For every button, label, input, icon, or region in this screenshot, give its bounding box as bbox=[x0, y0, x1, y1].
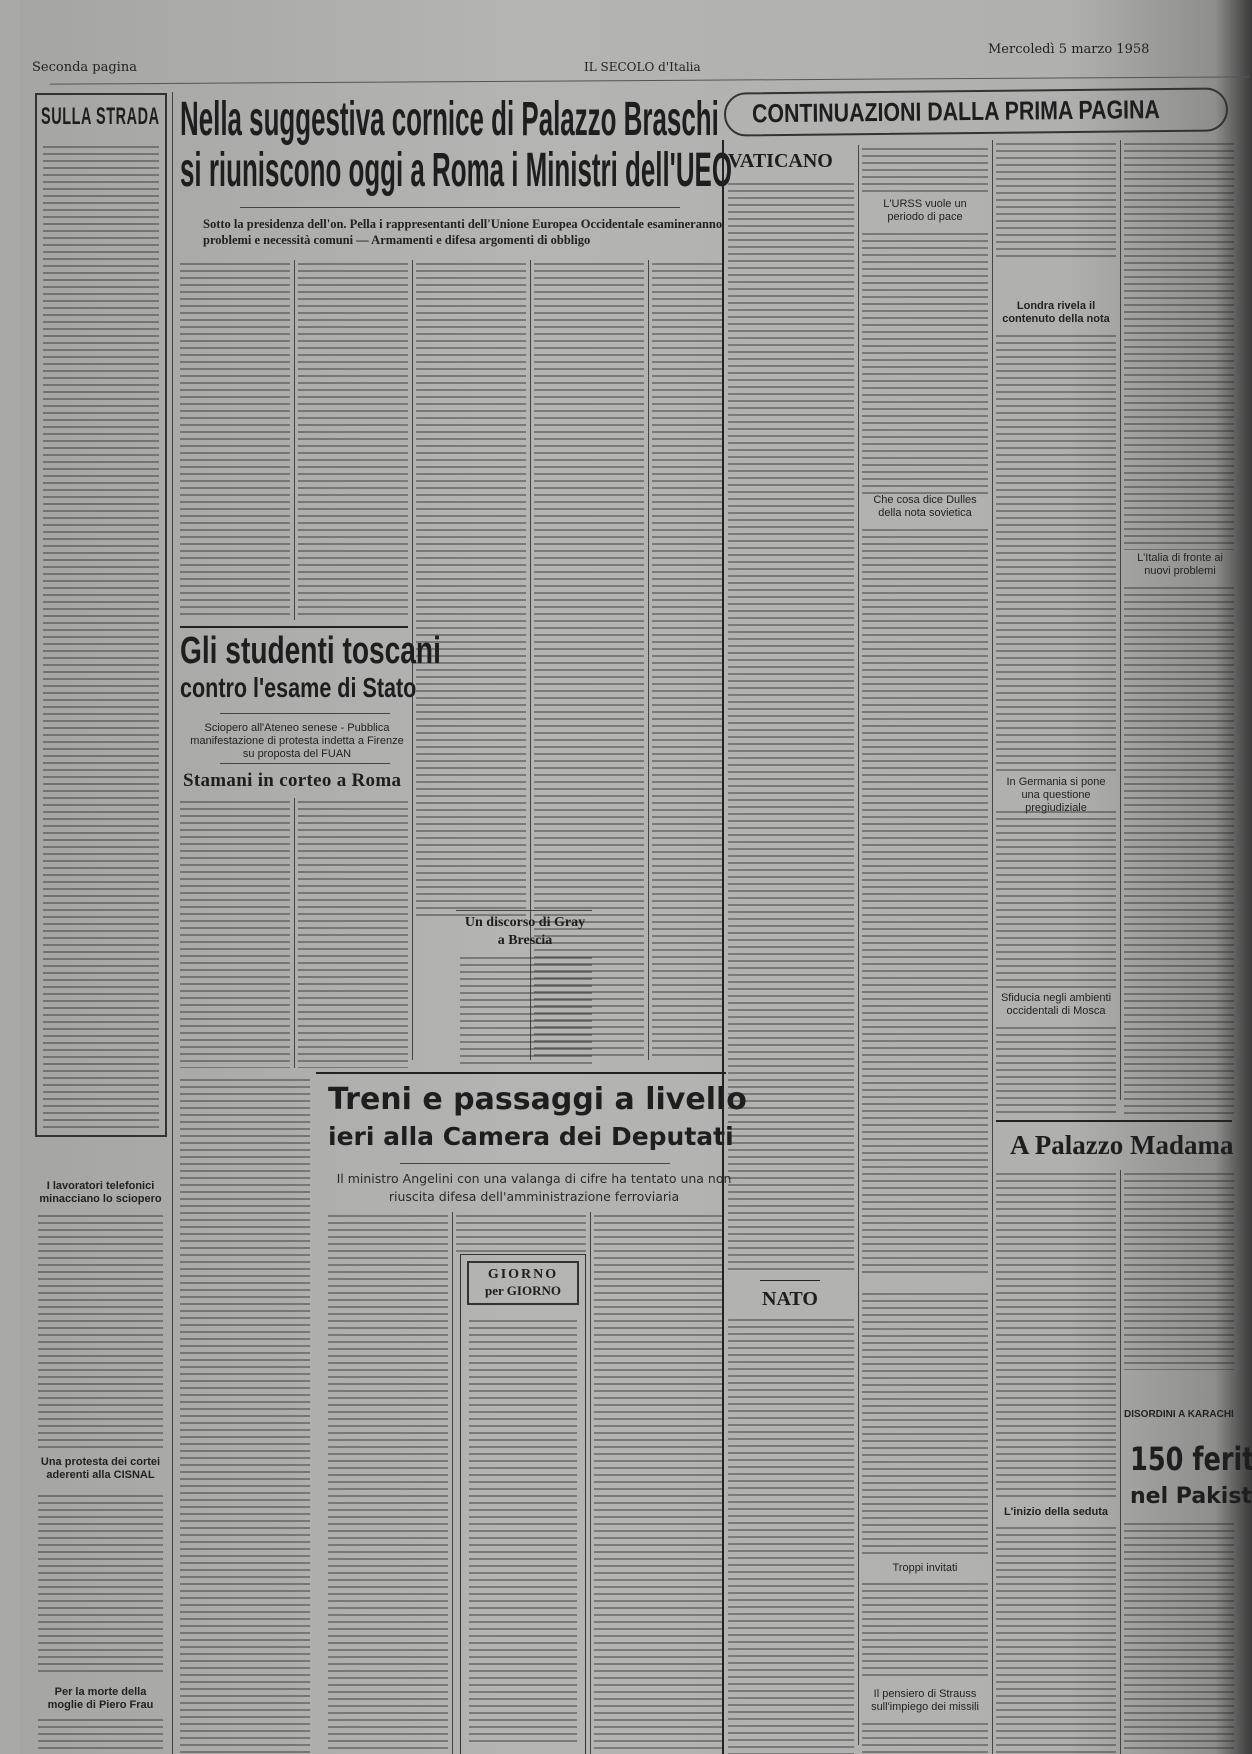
dulles-title: Che cosa dice Dulles della nota sovietic… bbox=[870, 494, 980, 520]
strauss-title: Il pensiero di Strauss sull'impiego dei … bbox=[870, 1688, 980, 1714]
gray-headline: Un discorso di Gray a Brescia bbox=[460, 914, 590, 950]
left-item-body-1 bbox=[38, 1212, 163, 1452]
students-headline-line2: contro l'esame di Stato bbox=[180, 672, 416, 704]
students-section-head: Stamani in corteo a Roma bbox=[183, 770, 401, 792]
left-item-headline-3: Per la morte della moglie di Piero Frau bbox=[38, 1686, 163, 1712]
cont-body-a bbox=[862, 145, 988, 195]
gray-rule bbox=[456, 910, 592, 911]
nato-title: NATO bbox=[762, 1288, 818, 1311]
nato-body bbox=[728, 1316, 854, 1754]
students-rule bbox=[220, 713, 390, 714]
ueo-body-col1 bbox=[180, 260, 290, 620]
ueo-headline-line1: Nella suggestiva cornice di Palazzo Bras… bbox=[180, 92, 719, 147]
ueo-subhead: Sotto la presidenza dell'on. Pella i rap… bbox=[203, 216, 723, 248]
madama-headline: A Palazzo Madama bbox=[1010, 1130, 1233, 1161]
ueo-body-col3 bbox=[416, 260, 526, 920]
vaticano-body bbox=[728, 180, 854, 1270]
germania-body bbox=[996, 808, 1116, 988]
trains-headline-line1: Treni e passaggi a livello bbox=[328, 1082, 747, 1117]
vaticano-title: VATICANO bbox=[728, 150, 833, 173]
col-rule bbox=[1120, 140, 1121, 1100]
sfiducia-body bbox=[996, 1024, 1116, 1114]
masthead: IL SECOLO d'Italia bbox=[584, 60, 701, 74]
trains-rule bbox=[400, 1163, 670, 1164]
issue-date: Mercoledì 5 marzo 1958 bbox=[988, 42, 1149, 57]
left-item-body-2 bbox=[38, 1492, 163, 1672]
madama-body-col1b bbox=[996, 1524, 1116, 1754]
ueo-body-col5 bbox=[652, 260, 722, 1060]
col-rule bbox=[590, 1212, 591, 1754]
left-mid-body bbox=[180, 1076, 310, 1754]
newspaper-page: Seconda pagina IL SECOLO d'Italia Mercol… bbox=[20, 0, 1252, 1754]
giorno-title-1: GIORNO bbox=[469, 1267, 577, 1283]
nato-rule bbox=[760, 1280, 820, 1281]
header-rule bbox=[50, 76, 1250, 84]
col-rule bbox=[992, 140, 993, 1754]
giorno-box: GIORNO per GIORNO bbox=[460, 1254, 586, 1754]
sfiducia-title: Sfiducia negli ambienti occidentali di M… bbox=[1000, 992, 1112, 1018]
urss-title: L'URSS vuole un periodo di pace bbox=[870, 198, 980, 224]
ueo-rule bbox=[240, 207, 680, 208]
students-top-rule bbox=[180, 626, 408, 628]
dulles-body bbox=[862, 526, 988, 1276]
students-body-col2 bbox=[298, 798, 408, 1068]
pakistan-kicker: DISORDINI A KARACHI bbox=[1124, 1408, 1236, 1421]
cont-body-d bbox=[1124, 140, 1234, 550]
londra-title: Londra rivela il contenuto della nota bbox=[1000, 300, 1112, 326]
troppi-title: Troppi invitati bbox=[870, 1562, 980, 1575]
madama-section-head: L'inizio della seduta bbox=[1000, 1506, 1112, 1519]
students-headline-line1: Gli studenti toscani bbox=[180, 630, 441, 673]
page-label: Seconda pagina bbox=[32, 60, 137, 75]
students-subhead: Sciopero all'Ateneo senese - Pubblica ma… bbox=[186, 722, 408, 761]
trains-body-col2 bbox=[456, 1212, 586, 1252]
sulla-strada-box: SULLA STRADA bbox=[35, 93, 167, 1137]
left-item-body-3 bbox=[38, 1716, 163, 1754]
ueo-headline-line2: si riuniscono oggi a Roma i Ministri del… bbox=[180, 143, 732, 198]
trains-subhead: Il ministro Angelini con una valanga di … bbox=[334, 1170, 734, 1206]
cont-body-b bbox=[862, 1290, 988, 1556]
troppi-body bbox=[862, 1580, 988, 1680]
madama-body-col1 bbox=[996, 1170, 1116, 1500]
left-item-headline-1: I lavoratori telefonici minacciano lo sc… bbox=[38, 1180, 163, 1206]
pakistan-body bbox=[1124, 1520, 1234, 1754]
trains-body-col1 bbox=[328, 1212, 448, 1752]
continuations-title: CONTINUAZIONI DALLA PRIMA PAGINA bbox=[752, 94, 1141, 129]
left-item-headline-2: Una protesta dei cortei aderenti alla CI… bbox=[38, 1456, 163, 1482]
col-rule bbox=[1120, 1170, 1121, 1754]
col-rule bbox=[172, 92, 173, 1754]
urss-body bbox=[862, 230, 988, 494]
italia-body bbox=[1124, 584, 1234, 1114]
section-divider bbox=[722, 140, 724, 1754]
strauss-body bbox=[862, 1720, 988, 1754]
pakistan-headline-line1: 150 feriti bbox=[1130, 1440, 1252, 1478]
sulla-strada-body bbox=[43, 143, 159, 1128]
col-rule bbox=[648, 260, 649, 1060]
giorno-title-2: per GIORNO bbox=[469, 1283, 577, 1299]
madama-top-rule bbox=[996, 1120, 1232, 1122]
col-rule bbox=[452, 1212, 453, 1754]
col-rule bbox=[858, 145, 859, 1745]
ueo-body-col2 bbox=[298, 260, 408, 620]
trains-headline-line2: ieri alla Camera dei Deputati bbox=[328, 1122, 734, 1151]
italia-title: L'Italia di fronte ai nuovi problemi bbox=[1128, 552, 1232, 578]
madama-body-col2 bbox=[1124, 1170, 1234, 1370]
sulla-strada-title: SULLA STRADA bbox=[41, 103, 115, 131]
trains-body-col3 bbox=[594, 1212, 724, 1752]
cont-body-c bbox=[996, 140, 1116, 260]
students-rule-2 bbox=[220, 763, 390, 764]
continuations-banner: CONTINUAZIONI DALLA PRIMA PAGINA bbox=[724, 87, 1228, 136]
pakistan-headline-line2: nel Pakistan bbox=[1130, 1484, 1252, 1509]
students-body-col1 bbox=[180, 798, 290, 1068]
londra-body bbox=[996, 332, 1116, 772]
col-rule bbox=[294, 260, 295, 620]
trains-top-rule bbox=[316, 1072, 726, 1074]
gray-body bbox=[460, 954, 592, 1064]
giorno-body bbox=[469, 1317, 577, 1747]
col-rule bbox=[294, 798, 295, 1068]
